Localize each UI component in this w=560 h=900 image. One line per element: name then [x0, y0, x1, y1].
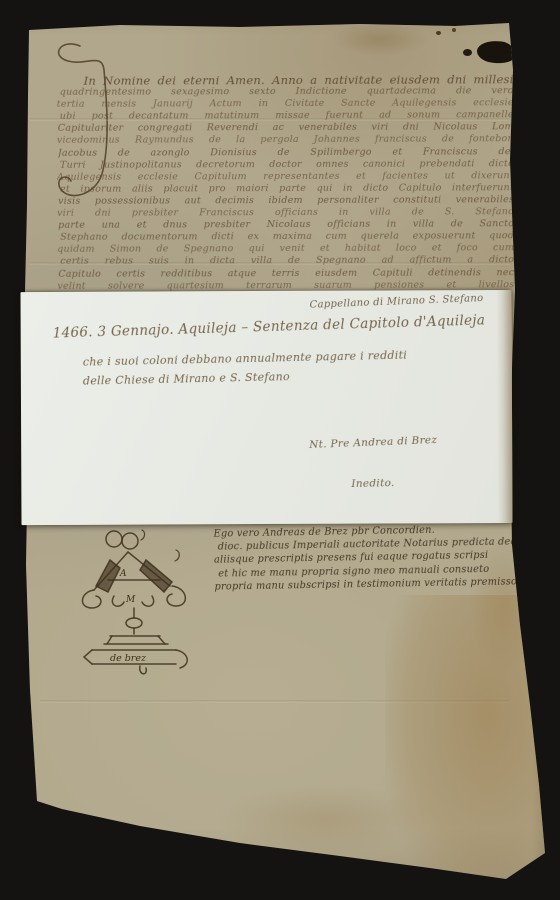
hole-stain — [463, 49, 472, 56]
slip-edge-shadow — [496, 290, 512, 523]
mark-letter: M — [125, 595, 136, 605]
ink-speck — [452, 28, 456, 32]
slip-corner-note: Cappellano di Mirano S. Stefano — [309, 293, 483, 311]
archival-slip: Cappellano di Mirano S. Stefano 1466. 3 … — [20, 290, 512, 525]
stain — [330, 22, 430, 56]
manuscript-text-block: In Nomine dei eterni Amen. Anno a nativi… — [58, 73, 515, 292]
manuscript-line: et ipsorum aliis placuit pro maiori part… — [60, 182, 514, 196]
photo-background: In Nomine dei eterni Amen. Anno a nativi… — [0, 0, 560, 900]
ink-speck — [436, 31, 441, 35]
slip-notary-note: Nt. Pre Andrea di Brez — [309, 434, 437, 451]
manuscript-line: ubi post decantatum matutinum missae fue… — [60, 109, 514, 123]
manuscript-line: certis rebus suis in dicta villa de Speg… — [60, 255, 514, 269]
water-stain — [220, 785, 430, 855]
fold-crease — [40, 700, 510, 703]
slip-title-line: 1466. 3 Gennajo. Aquileja – Sentenza del… — [53, 312, 486, 341]
slip-summary-line: che i suoi coloni debbano annualmente pa… — [83, 349, 408, 369]
hole-stain — [476, 39, 516, 65]
notary-subscription: Ego vero Andreas de Brez pbr Concordien.… — [213, 522, 520, 593]
water-stain — [385, 595, 550, 895]
slip-summary-line: delle Chiese di Mirano e S. Stefano — [83, 370, 290, 388]
manuscript-line: vicedominus Raymundus de la pergola Joha… — [57, 134, 514, 148]
manuscript-line: viri dni presbiter Franciscus officians … — [57, 206, 514, 220]
mark-letter: A — [119, 569, 127, 579]
slip-inedito-note: Inedito. — [351, 477, 395, 490]
mark-banner-label: de brez — [110, 653, 147, 664]
notarial-mark-icon: A M de brez — [80, 526, 192, 682]
